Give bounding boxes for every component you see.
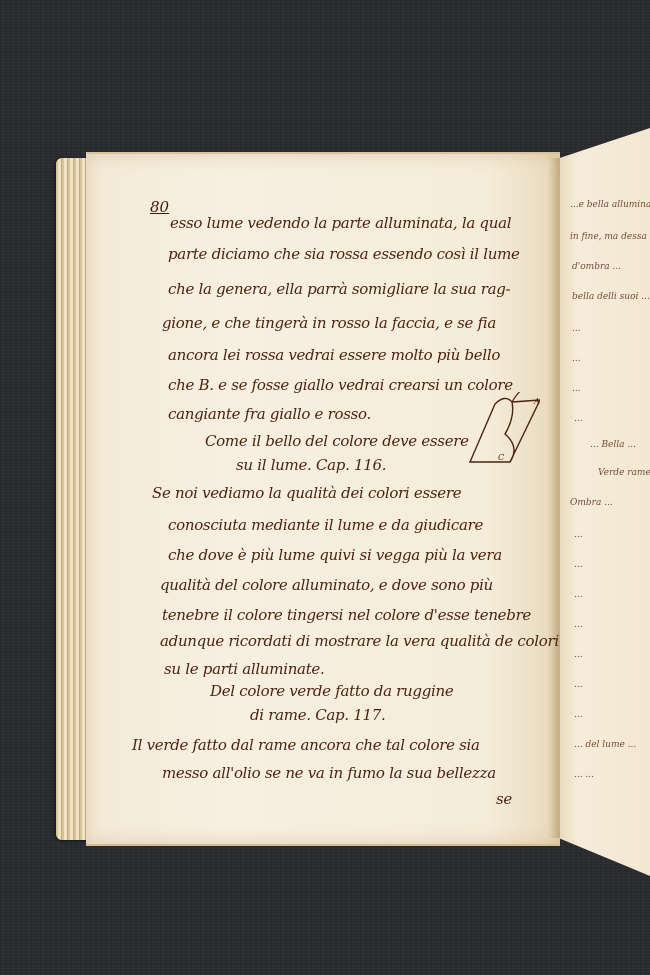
text-line: ... — [572, 324, 581, 334]
text-line: Verde rame. Cap. ... — [598, 468, 650, 478]
text-line: tenebre il colore tingersi nel colore d'… — [162, 606, 531, 624]
text-line: d'ombra ... — [572, 262, 621, 272]
text-line: conosciuta mediante il lume e da giudica… — [168, 516, 483, 534]
text-line: ancora lei rossa vedrai essere molto più… — [168, 346, 500, 364]
text-line: in fine, ma dessa non ... — [570, 232, 650, 242]
text-line: ... — [574, 530, 583, 540]
text-line: ...e bella alluminata e ... — [570, 200, 650, 210]
text-line: che dove è più lume quivi si vegga più l… — [168, 546, 502, 564]
text-line: ... — [572, 384, 581, 394]
folio-number: 80 — [150, 198, 169, 216]
text-line: ... — [574, 560, 583, 570]
text-line: ... ... — [574, 770, 594, 780]
chapter-heading: Del colore verde fatto da ruggine — [210, 682, 453, 700]
chapter-heading: Come il bello del colore deve essere — [205, 432, 469, 450]
text-line: Se noi vediamo la qualità dei colori ess… — [152, 484, 461, 502]
text-line: ... — [574, 414, 583, 424]
text-line: ... — [574, 620, 583, 630]
text-line: ... — [574, 680, 583, 690]
text-line: ... — [574, 650, 583, 660]
text-line: qualità del colore alluminato, e dove so… — [160, 576, 493, 594]
text-line: ... del lume ... — [574, 740, 636, 750]
text-line: esso lume vedendo la parte alluminata, l… — [170, 214, 511, 232]
text-line: Il verde fatto dal rame ancora che tal c… — [132, 736, 480, 754]
text-line: adunque ricordati di mostrare la vera qu… — [160, 632, 559, 650]
text-line: ... Bella ... — [590, 440, 636, 450]
manuscript-photo: 80 esso lume vedendo la parte alluminata… — [0, 0, 650, 975]
catchword: se — [496, 790, 512, 808]
text-line: Ombra ... — [570, 498, 613, 508]
text-line: parte diciamo che sia rossa essendo così… — [168, 245, 520, 263]
pen-sketch-diagram: A C — [460, 392, 540, 472]
chapter-heading: su il lume. Cap. 116. — [236, 456, 386, 474]
text-line: cangiante fra giallo e rosso. — [168, 405, 371, 423]
text-line: messo all'olio se ne va in fumo la sua b… — [162, 764, 496, 782]
text-line: su le parti alluminate. — [164, 660, 324, 678]
figure-label-c: C — [498, 453, 504, 462]
text-line: gione, e che tingerà in rosso la faccia,… — [162, 314, 496, 332]
text-line: che la genera, ella parrà somigliare la … — [168, 280, 510, 298]
chapter-heading: di rame. Cap. 117. — [250, 706, 385, 724]
figure-label-a: A — [533, 397, 540, 406]
text-line: ... — [574, 590, 583, 600]
text-line: bella delli suoi ... — [572, 292, 650, 302]
text-line: ... — [572, 354, 581, 364]
text-line: ... — [574, 710, 583, 720]
